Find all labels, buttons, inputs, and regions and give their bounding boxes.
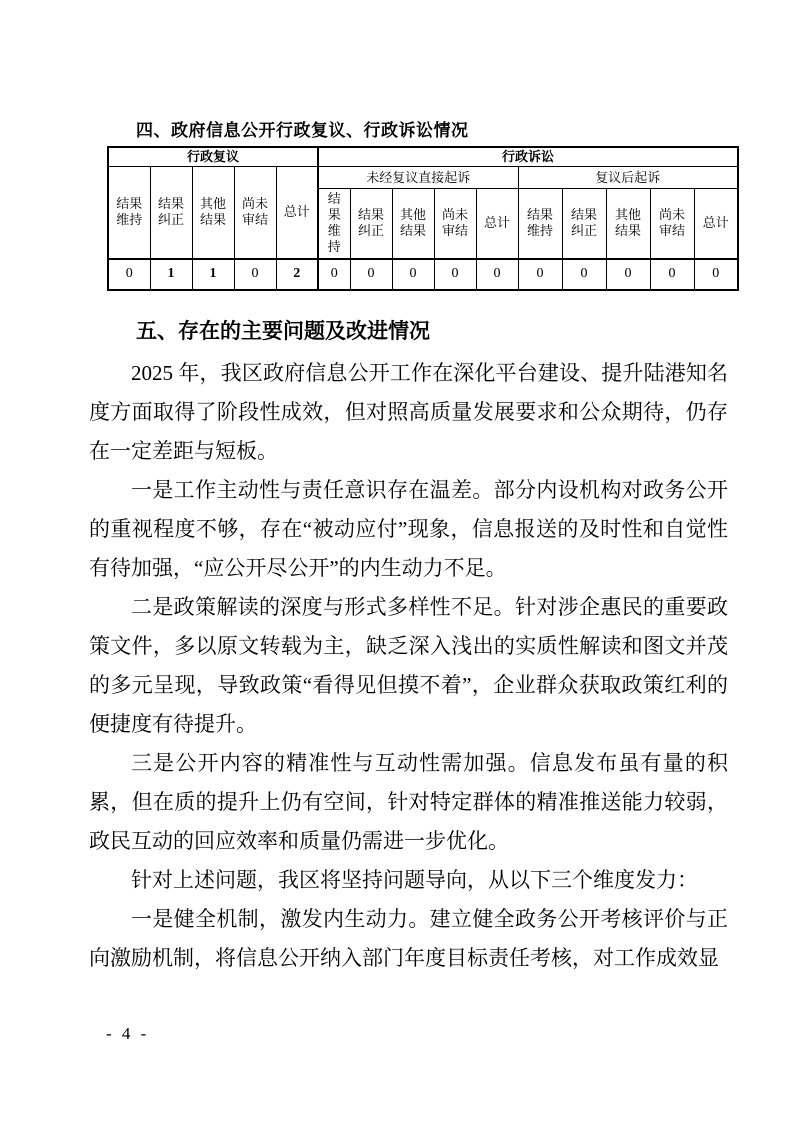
value-cell: 0 — [434, 259, 476, 290]
section4-heading: 四、政府信息公开行政复议、行政诉讼情况 — [136, 119, 793, 142]
admin-review-litigation-table: 行政复议 行政诉讼 结果维持 结果纠正 其他结果 尚未审结 总计 未经复议直接起… — [107, 146, 739, 291]
value-cell: 0 — [518, 259, 562, 290]
header-result-maintained: 结果维持 — [318, 189, 350, 259]
page-number: - 4 - — [106, 1024, 149, 1044]
value-cell: 1 — [150, 259, 192, 290]
paragraph-measure-1: 一是健全机制，激发内生动力。建立健全政务公开考核评价与正向激励机制，将信息公开纳… — [89, 900, 728, 978]
header-other-result: 其他结果 — [392, 189, 434, 259]
table-row: 行政复议 行政诉讼 — [108, 147, 738, 167]
paragraph-problem-2: 二是政策解读的深度与形式多样性不足。针对涉企惠民的重要政策文件，多以原文转载为主… — [89, 588, 728, 744]
header-other-result: 其他结果 — [192, 167, 234, 259]
document-page: 四、政府信息公开行政复议、行政诉讼情况 行政复议 行政诉讼 结果维持 结果纠正 … — [0, 0, 793, 1122]
group-header-suit-after-reconsideration: 复议后起诉 — [518, 167, 738, 189]
value-cell: 0 — [694, 259, 738, 290]
paragraph-overview: 2025 年，我区政府信息公开工作在深化平台建设、提升陆港知名度方面取得了阶段性… — [89, 354, 728, 471]
paragraph-problem-3: 三是公开内容的精准性与互动性需加强。信息发布虽有量的积累，但在质的提升上仍有空间… — [89, 744, 728, 861]
value-cell: 0 — [476, 259, 518, 290]
header-result-corrected: 结果纠正 — [350, 189, 392, 259]
value-cell: 1 — [192, 259, 234, 290]
header-result-maintained: 结果维持 — [518, 189, 562, 259]
section5-heading: 五、存在的主要问题及改进情况 — [136, 319, 793, 345]
header-total: 总计 — [276, 167, 318, 259]
paragraph-transition: 针对上述问题，我区将坚持问题导向，从以下三个维度发力： — [89, 861, 728, 900]
value-cell: 0 — [108, 259, 150, 290]
group-header-direct-suit: 未经复议直接起诉 — [318, 167, 518, 189]
header-not-concluded: 尚未审结 — [650, 189, 694, 259]
table-data-row: 0 1 1 0 2 0 0 0 0 0 0 0 0 0 0 — [108, 259, 738, 290]
table-row: 结果维持 结果纠正 其他结果 尚未审结 总计 未经复议直接起诉 复议后起诉 — [108, 167, 738, 189]
value-cell: 2 — [276, 259, 318, 290]
header-not-concluded: 尚未审结 — [234, 167, 276, 259]
header-result-maintained: 结果维持 — [108, 167, 150, 259]
value-cell: 0 — [318, 259, 350, 290]
header-result-corrected: 结果纠正 — [150, 167, 192, 259]
header-total: 总计 — [694, 189, 738, 259]
header-total: 总计 — [476, 189, 518, 259]
value-cell: 0 — [234, 259, 276, 290]
value-cell: 0 — [392, 259, 434, 290]
group-header-litigation: 行政诉讼 — [318, 147, 738, 167]
header-not-concluded: 尚未审结 — [434, 189, 476, 259]
value-cell: 0 — [650, 259, 694, 290]
header-result-corrected: 结果纠正 — [562, 189, 606, 259]
group-header-reconsideration: 行政复议 — [108, 147, 318, 167]
header-other-result: 其他结果 — [606, 189, 650, 259]
value-cell: 0 — [606, 259, 650, 290]
value-cell: 0 — [350, 259, 392, 290]
value-cell: 0 — [562, 259, 606, 290]
paragraph-problem-1: 一是工作主动性与责任意识存在温差。部分内设机构对政务公开的重视程度不够，存在“被… — [89, 471, 728, 588]
section5-body: 2025 年，我区政府信息公开工作在深化平台建设、提升陆港知名度方面取得了阶段性… — [89, 354, 728, 978]
